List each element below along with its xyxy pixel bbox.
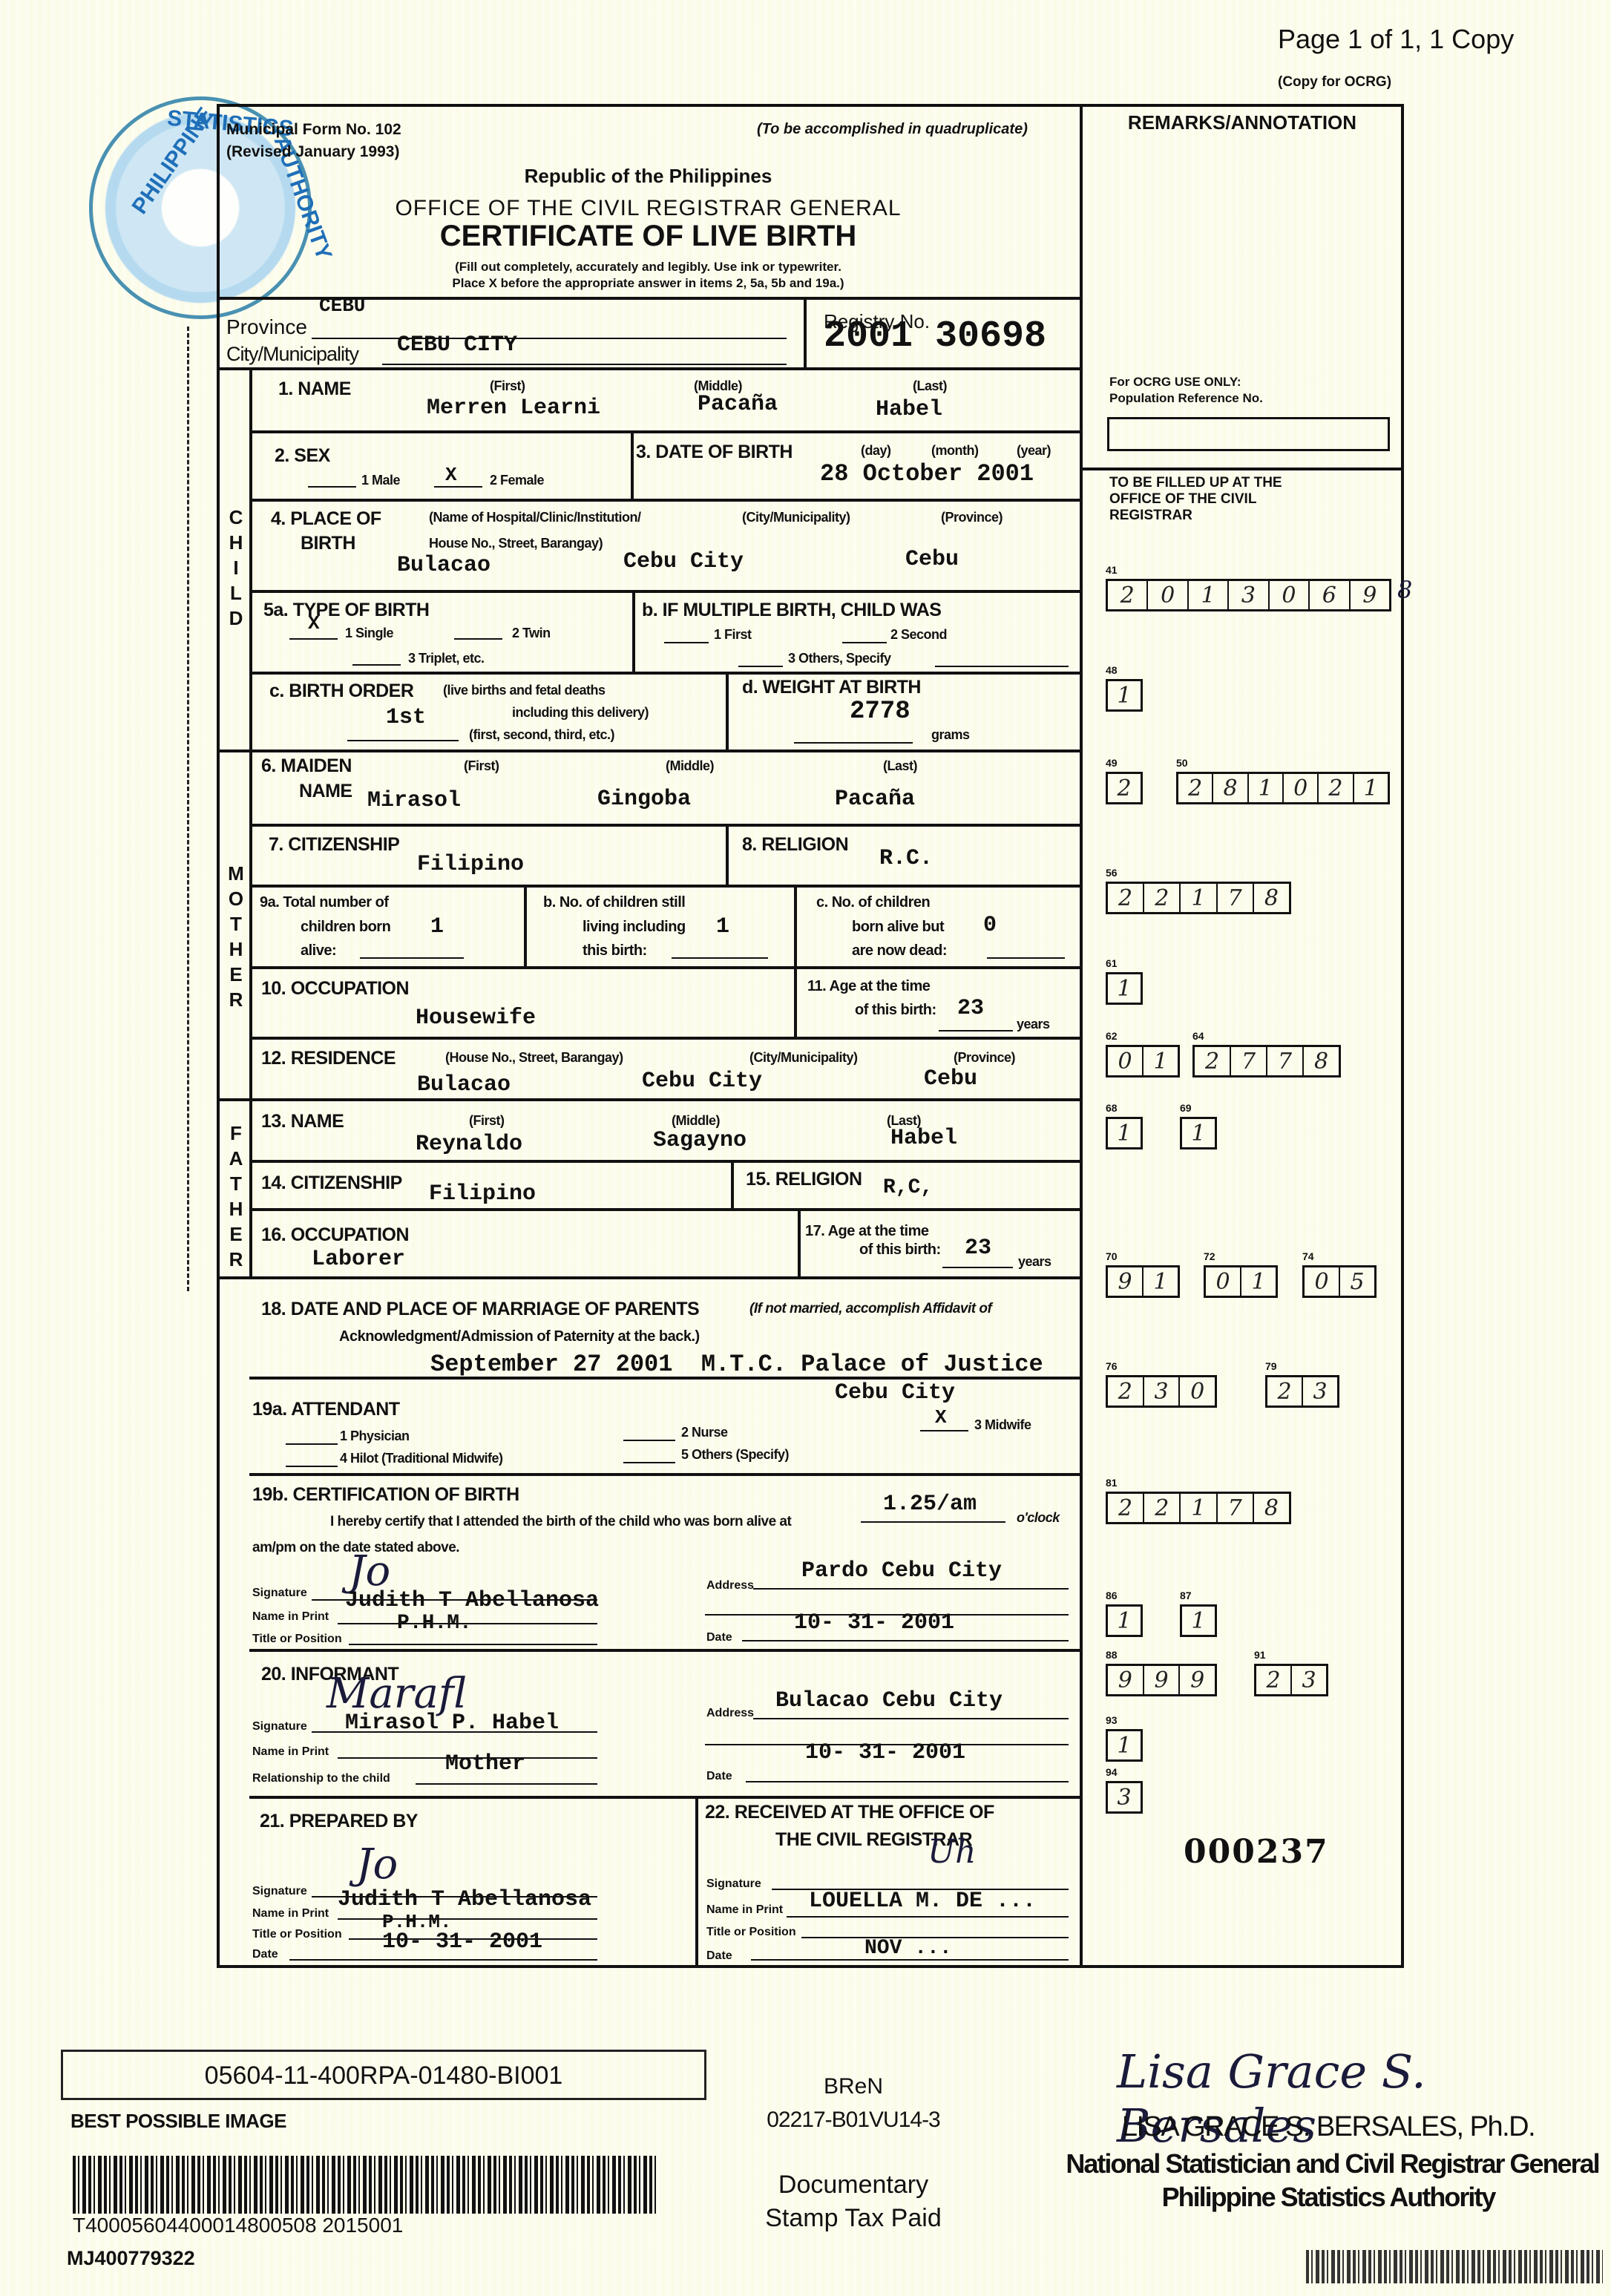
code-digit: 2	[1267, 1377, 1303, 1406]
code-digit: 0	[1305, 1267, 1340, 1296]
mother-age-unit: years	[1017, 1017, 1050, 1032]
child-name-label: 1. NAME	[278, 378, 351, 400]
born-alive-label: 9a. Total number of	[260, 894, 388, 911]
father-last-name: Habel	[890, 1126, 957, 1151]
divider	[217, 1276, 1080, 1279]
code-label: 41	[1106, 564, 1118, 576]
multi-other-option: 3 Others, Specify	[788, 651, 891, 666]
mother-citizenship-label: 7. CITIZENSHIP	[269, 834, 399, 856]
father-occupation-value: Laborer	[312, 1247, 405, 1272]
divider	[695, 1796, 698, 1965]
address-label: Address	[706, 1707, 754, 1720]
code-digit: 3	[1144, 1377, 1181, 1406]
address-label: Address	[706, 1579, 754, 1593]
divider	[249, 1796, 1080, 1799]
attendant-title-value: P.H.M.	[397, 1612, 472, 1635]
code-box-91[interactable]: 23	[1254, 1664, 1328, 1696]
born-alive-value: 1	[430, 914, 444, 939]
code-label: 48	[1106, 664, 1118, 676]
underline	[787, 1916, 1069, 1918]
code-digit: 7	[1218, 1494, 1254, 1522]
code-digit: 0	[1148, 581, 1188, 609]
pob-label: 4. PLACE OF	[271, 508, 381, 530]
form-main-right-border	[1080, 104, 1083, 1967]
mother-occupation-value: Housewife	[416, 1006, 536, 1031]
code-digit: 0	[1180, 1377, 1215, 1406]
pob-place-value: Bulacao	[397, 553, 490, 578]
code-digit: 0	[1284, 774, 1319, 802]
code-box-72[interactable]: 01	[1204, 1265, 1278, 1298]
certificate-title: CERTIFICATE OF LIVE BIRTH	[217, 220, 1080, 253]
underline	[623, 1440, 675, 1441]
birth-order-hint: (live births and fetal deaths	[443, 683, 606, 698]
code-digit: 1	[1144, 1047, 1178, 1075]
population-ref-input[interactable]	[1107, 417, 1390, 451]
instructions-line-2: Place X before the appropriate answer in…	[217, 276, 1080, 291]
father-side-label: FATHER	[225, 1121, 247, 1272]
pob-prov-hint: (Province)	[941, 510, 1003, 525]
bren-value: 02217-B01VU14-3	[742, 2108, 965, 2133]
father-middle-name: Sagayno	[653, 1128, 747, 1153]
fill-note-line: TO BE FILLED UP AT THE	[1109, 475, 1282, 491]
underline	[753, 1718, 1069, 1719]
mother-first-name: Mirasol	[367, 788, 461, 813]
code-box-87[interactable]: 1	[1180, 1604, 1217, 1637]
father-age-value: 23	[965, 1236, 991, 1261]
code-label: 88	[1106, 1649, 1118, 1661]
divider	[249, 590, 1080, 593]
official-name: LISA GRACE S. BERSALES, Ph.D.	[1054, 2111, 1603, 2143]
code-digit: 1	[1182, 1607, 1215, 1635]
prepared-by-label: 21. PREPARED BY	[260, 1811, 418, 1832]
fill-note: TO BE FILLED UP AT THE OFFICE OF THE CIV…	[1109, 475, 1282, 524]
official-title: National Statistician and Civil Registra…	[1054, 2148, 1611, 2179]
tob-label: 5a. TYPE OF BIRTH	[263, 600, 429, 621]
name-in-print-label: Name in Print	[706, 1903, 783, 1917]
code-box-56[interactable]: 22178	[1106, 882, 1291, 914]
sex-female-mark: X	[445, 464, 457, 486]
mother-age-label-2: of this birth:	[855, 1002, 936, 1019]
underline	[987, 957, 1065, 959]
mother-religion-label: 8. RELIGION	[742, 834, 848, 856]
attendant-midwife-mark: X	[935, 1406, 947, 1429]
born-alive-label-3: alive:	[301, 942, 336, 960]
marriage-date-place-value: September 27 2001 M.T.C. Palace of Justi…	[430, 1351, 1043, 1378]
underline	[349, 1644, 597, 1645]
informant-relationship-value: Mother	[445, 1751, 525, 1777]
mother-age-label: 11. Age at the time	[807, 978, 930, 995]
code-digit: 9	[1180, 1666, 1215, 1694]
code-label: 87	[1180, 1590, 1192, 1601]
code-box-61[interactable]: 1	[1106, 972, 1143, 1005]
underline	[942, 1267, 1013, 1268]
name-in-print-label: Name in Print	[252, 1610, 329, 1624]
divider	[249, 1160, 1080, 1163]
remarks-right-border	[1401, 104, 1404, 1967]
code-digit: 2	[1108, 581, 1148, 609]
underline	[794, 742, 913, 744]
mother-last-name: Pacaña	[835, 787, 915, 812]
code-digit: 0	[1108, 1047, 1144, 1075]
living-label: b. No. of children still	[543, 894, 685, 911]
middle-hint: (Middle)	[672, 1113, 720, 1129]
code-digit: 1	[1108, 1119, 1141, 1147]
mother-name-label-2: NAME	[299, 781, 352, 802]
code-box-69[interactable]: 1	[1180, 1117, 1217, 1149]
pob-hint: (Name of Hospital/Clinic/Institution/	[429, 510, 641, 525]
signature-label: Signature	[252, 1885, 307, 1898]
code-digit: 1	[1181, 884, 1217, 912]
code-digit: 2	[1108, 774, 1141, 802]
date-label: Date	[706, 1631, 732, 1644]
living-value: 1	[716, 914, 729, 939]
divider	[217, 750, 1080, 752]
attendant-physician-option: 1 Physician	[340, 1429, 410, 1444]
dead-label-2: born alive but	[852, 919, 944, 936]
living-label-3: this birth:	[583, 942, 647, 960]
city-value: CEBU CITY	[397, 332, 517, 358]
barcode-icon	[73, 2156, 659, 2214]
code-box-48[interactable]: 1	[1106, 679, 1143, 712]
underline	[338, 1918, 597, 1920]
barcode-icon	[1306, 2250, 1603, 2283]
underline	[842, 642, 887, 643]
underline	[738, 666, 783, 667]
divider	[249, 1649, 1080, 1652]
first-hint: (First)	[469, 1113, 505, 1129]
date-label: Date	[706, 1949, 732, 1963]
code-digit: 1	[1182, 1119, 1215, 1147]
marriage-hint-2: Acknowledgment/Admission of Paternity at…	[339, 1328, 700, 1345]
code-box-86[interactable]: 1	[1106, 1604, 1143, 1637]
code-digit: 9	[1108, 1666, 1144, 1694]
barcode-text: T40005604400014800508 2015001	[73, 2214, 403, 2237]
dob-label: 3. DATE OF BIRTH	[636, 442, 793, 463]
code-box-76[interactable]: 230	[1106, 1375, 1217, 1408]
birth-order-hint-2: including this delivery)	[512, 705, 649, 721]
underline	[308, 486, 356, 488]
divider	[249, 1377, 1080, 1380]
weight-unit: grams	[931, 727, 970, 743]
divider	[249, 499, 1080, 502]
code-digit: 2	[1319, 774, 1354, 802]
attendant-address-value: Pardo Cebu City	[801, 1558, 1002, 1584]
underline	[347, 740, 459, 741]
code-digit: 1	[1181, 1494, 1217, 1522]
code-digit: 2	[1144, 884, 1181, 912]
divider	[726, 672, 729, 750]
code-extra-digit: 8	[1397, 576, 1412, 604]
copy-for-label: (Copy for OCRG)	[1278, 74, 1391, 91]
form-revised: (Revised January 1993)	[226, 143, 399, 161]
divider	[217, 367, 1080, 370]
code-box-88[interactable]: 999	[1106, 1664, 1217, 1696]
code-label: 81	[1106, 1477, 1118, 1489]
certification-text: I hereby certify that I attended the bir…	[330, 1514, 791, 1530]
preparer-name-value: Judith T Abellanosa	[338, 1887, 591, 1912]
stamp-tax-label-2: Stamp Tax Paid	[742, 2204, 965, 2233]
code-label: 61	[1106, 957, 1118, 969]
underline	[352, 664, 401, 666]
code-digit: 5	[1340, 1267, 1374, 1296]
serial-number: 000237	[1184, 1833, 1329, 1871]
code-label: 62	[1106, 1030, 1118, 1042]
code-label: 72	[1204, 1250, 1215, 1262]
sex-label: 2. SEX	[275, 445, 330, 467]
underline	[623, 1462, 675, 1463]
marriage-hint: (If not married, accomplish Affidavit of	[749, 1301, 991, 1317]
code-digit: 8	[1304, 1047, 1339, 1075]
signature-label: Signature	[706, 1877, 761, 1891]
attendant-midwife-option: 3 Midwife	[974, 1417, 1031, 1433]
father-first-name: Reynaldo	[416, 1132, 522, 1157]
father-age-label-2: of this birth:	[859, 1242, 941, 1259]
father-occupation-label: 16. OCCUPATION	[261, 1224, 409, 1246]
underline	[286, 1443, 338, 1445]
multi-first-option: 1 First	[714, 627, 752, 643]
pob-city-value: Cebu City	[623, 549, 744, 574]
code-digit: 1	[1144, 1267, 1178, 1296]
divider	[731, 1160, 734, 1208]
code-digit: 9	[1351, 581, 1389, 609]
attendant-hilot-option: 4 Hilot (Traditional Midwife)	[340, 1451, 503, 1466]
divider	[726, 824, 729, 885]
divider	[524, 885, 527, 966]
form-number: Municipal Form No. 102	[226, 121, 401, 139]
code-digit: 1	[1108, 1607, 1141, 1635]
stamp-tax-label: Documentary	[742, 2171, 965, 2200]
code-digit: 8	[1254, 884, 1289, 912]
preparer-signature: Jo	[356, 1840, 398, 1889]
divider	[217, 1098, 1080, 1101]
birth-order-label: c. BIRTH ORDER	[269, 680, 413, 702]
residence-prov-hint: (Province)	[954, 1050, 1015, 1066]
registrar-name-value: LOUELLA M. DE ...	[809, 1889, 1036, 1914]
code-box-64[interactable]: 2778	[1192, 1045, 1341, 1078]
underline	[312, 338, 787, 339]
underline	[286, 1466, 338, 1467]
father-age-unit: years	[1018, 1254, 1051, 1270]
code-digit: 2	[1108, 1377, 1144, 1406]
code-box-68[interactable]: 1	[1106, 1117, 1143, 1149]
divider	[249, 367, 252, 750]
divider	[249, 750, 252, 1098]
relationship-label: Relationship to the child	[252, 1772, 390, 1785]
date-label: Date	[706, 1770, 732, 1783]
divider	[249, 1208, 1080, 1211]
code-digit: 3	[1108, 1783, 1141, 1811]
born-alive-label-2: children born	[301, 919, 390, 936]
code-digit: 0	[1270, 581, 1310, 609]
pob-province-value: Cebu	[905, 547, 959, 572]
fill-note-line: REGISTRAR	[1109, 508, 1282, 524]
last-hint: (Last)	[913, 378, 947, 394]
divider	[249, 1473, 1080, 1476]
code-box-93[interactable]: 1	[1106, 1729, 1143, 1762]
code-label: 69	[1180, 1102, 1192, 1114]
name-in-print-label: Name in Print	[252, 1745, 329, 1759]
signature-label: Signature	[252, 1720, 307, 1734]
code-label: 93	[1106, 1714, 1118, 1726]
tob-triplet-option: 3 Triplet, etc.	[408, 651, 485, 666]
code-label: 70	[1106, 1250, 1118, 1262]
child-middle-name: Pacaña	[698, 392, 778, 417]
tob-twin-option: 2 Twin	[512, 626, 551, 641]
informant-name-value: Mirasol P. Habel	[345, 1710, 559, 1736]
multiple-birth-label: b. IF MULTIPLE BIRTH, CHILD WAS	[642, 600, 941, 621]
divider	[249, 966, 1080, 969]
residence-place-value: Bulacao	[417, 1072, 511, 1098]
pob-city-hint: (City/Municipality)	[742, 510, 850, 525]
child-last-name: Habel	[876, 397, 942, 422]
tob-single-option: 1 Single	[345, 626, 393, 641]
code-label: 74	[1302, 1250, 1314, 1262]
remarks-title: REMARKS/ANNOTATION	[1083, 111, 1401, 134]
code-digit: 1	[1108, 681, 1141, 709]
code-box-79[interactable]: 23	[1265, 1375, 1339, 1408]
form-bottom-border	[217, 1965, 1404, 1968]
code-digit: 1	[1354, 774, 1388, 802]
instructions-line-1: (Fill out completely, accurately and leg…	[217, 260, 1080, 275]
code-digit: 1	[1108, 1731, 1141, 1759]
date-label: Date	[252, 1948, 278, 1961]
father-name-label: 13. NAME	[261, 1111, 344, 1132]
birth-order-value: 1st	[386, 705, 426, 730]
divider	[804, 297, 807, 367]
birth-time-value: 1.25/am	[883, 1492, 977, 1517]
code-label: 64	[1192, 1030, 1204, 1042]
code-digit: 9	[1108, 1267, 1144, 1296]
code-label: 76	[1106, 1360, 1118, 1372]
dead-label-3: are now dead:	[852, 942, 947, 960]
mother-middle-name: Gingoba	[597, 787, 691, 812]
best-possible-image-label: BEST POSSIBLE IMAGE	[70, 2110, 286, 2133]
birth-order-hint-3: (first, second, third, etc.)	[469, 727, 614, 743]
residence-label: 12. RESIDENCE	[261, 1048, 396, 1069]
underline	[360, 957, 464, 959]
dob-day-hint: (day)	[861, 443, 891, 459]
code-digit: 2	[1195, 1047, 1231, 1075]
code-box-49[interactable]: 2	[1106, 772, 1143, 804]
underline	[434, 486, 482, 488]
quadruplicate-note: (To be accomplished in quadruplicate)	[757, 121, 1028, 138]
underline	[746, 1781, 1069, 1782]
underline	[861, 1521, 1005, 1523]
fill-note-line: OFFICE OF THE CIVIL	[1109, 491, 1282, 508]
code-box-62[interactable]: 01	[1106, 1045, 1180, 1078]
attendant-name-value: Judith T Abellanosa	[345, 1588, 599, 1613]
pob-hint-2: House No., Street, Barangay)	[429, 536, 603, 551]
code-box-41[interactable]: 2013069	[1106, 579, 1391, 611]
sex-male-option: 1 Male	[361, 473, 400, 488]
code-digit: 3	[1229, 581, 1269, 609]
title-label: Title or Position	[706, 1926, 796, 1939]
code-box-70[interactable]: 91	[1106, 1265, 1180, 1298]
code-label: 68	[1106, 1102, 1118, 1114]
divider	[249, 1037, 1080, 1040]
underline	[289, 1959, 597, 1961]
informant-date-value: 10- 31- 2001	[805, 1740, 965, 1765]
divider	[794, 885, 797, 1037]
title-label: Title or Position	[252, 1633, 342, 1646]
code-label: 50	[1176, 757, 1188, 769]
ocrg-use-label: For OCRG USE ONLY:	[1109, 375, 1241, 390]
attendant-others-option: 5 Others (Specify)	[681, 1447, 789, 1463]
code-box-94[interactable]: 3	[1106, 1781, 1143, 1814]
father-age-label: 17. Age at the time	[805, 1223, 928, 1240]
father-religion-value: R,C,	[883, 1176, 933, 1199]
code-box-50[interactable]: 281021	[1176, 772, 1390, 804]
province-value: CEBU	[319, 295, 365, 317]
attendant-date-value: 10- 31- 2001	[794, 1610, 954, 1636]
code-label: 91	[1254, 1649, 1266, 1661]
underline	[664, 642, 709, 643]
divider	[249, 1098, 252, 1276]
father-religion-label: 15. RELIGION	[746, 1169, 862, 1190]
mother-age-value: 23	[957, 996, 984, 1021]
underline	[935, 666, 1069, 667]
bren-label: BReN	[742, 2074, 965, 2099]
code-digit: 8	[1213, 774, 1248, 802]
underline	[672, 957, 768, 959]
margin-dashed-line	[187, 327, 189, 1291]
first-hint: (First)	[490, 378, 525, 394]
underline	[920, 1430, 968, 1431]
dob-year-hint: (year)	[1017, 443, 1051, 459]
code-digit: 1	[1108, 974, 1141, 1003]
code-digit: 3	[1292, 1666, 1326, 1694]
code-digit: 8	[1254, 1494, 1289, 1522]
father-citizenship-value: Filipino	[429, 1181, 536, 1207]
multi-second-option: 2 Second	[890, 627, 947, 643]
divider	[632, 590, 635, 672]
attendant-nurse-option: 2 Nurse	[681, 1425, 728, 1440]
code-digit: 2	[1108, 884, 1144, 912]
divider	[249, 885, 1080, 888]
sex-female-option: 2 Female	[490, 473, 544, 488]
official-organization: Philippine Statistics Authority	[1054, 2182, 1603, 2213]
code-box-81[interactable]: 22178	[1106, 1492, 1291, 1524]
province-label: Province	[226, 315, 307, 339]
divider	[798, 1208, 801, 1276]
code-label: 49	[1106, 757, 1118, 769]
title-label: Title or Position	[252, 1928, 342, 1941]
city-label: City/Municipality	[226, 343, 358, 366]
signature-label: Signature	[252, 1587, 307, 1600]
code-digit: 6	[1310, 581, 1350, 609]
code-digit: 2	[1108, 1494, 1144, 1522]
divider	[249, 430, 1080, 433]
form-top-border	[217, 104, 1404, 107]
underline	[289, 638, 338, 640]
informant-address-value: Bulacao Cebu City	[775, 1688, 1003, 1713]
mother-occupation-label: 10. OCCUPATION	[261, 978, 409, 1000]
code-digit: 2	[1178, 774, 1213, 802]
dead-value: 0	[983, 913, 997, 938]
registrar-signature: Uh	[928, 1833, 976, 1871]
code-digit: 7	[1267, 1047, 1304, 1075]
underline	[751, 1959, 1069, 1961]
weight-label: d. WEIGHT AT BIRTH	[742, 677, 921, 698]
name-in-print-label: Name in Print	[252, 1907, 329, 1921]
first-hint: (First)	[464, 758, 499, 774]
middle-hint: (Middle)	[666, 758, 714, 774]
registrar-date-value: NOV ...	[864, 1937, 952, 1960]
code-digit: 9	[1144, 1666, 1181, 1694]
code-box-74[interactable]: 05	[1302, 1265, 1377, 1298]
code-digit: 2	[1144, 1494, 1181, 1522]
code-digit: 7	[1218, 884, 1254, 912]
